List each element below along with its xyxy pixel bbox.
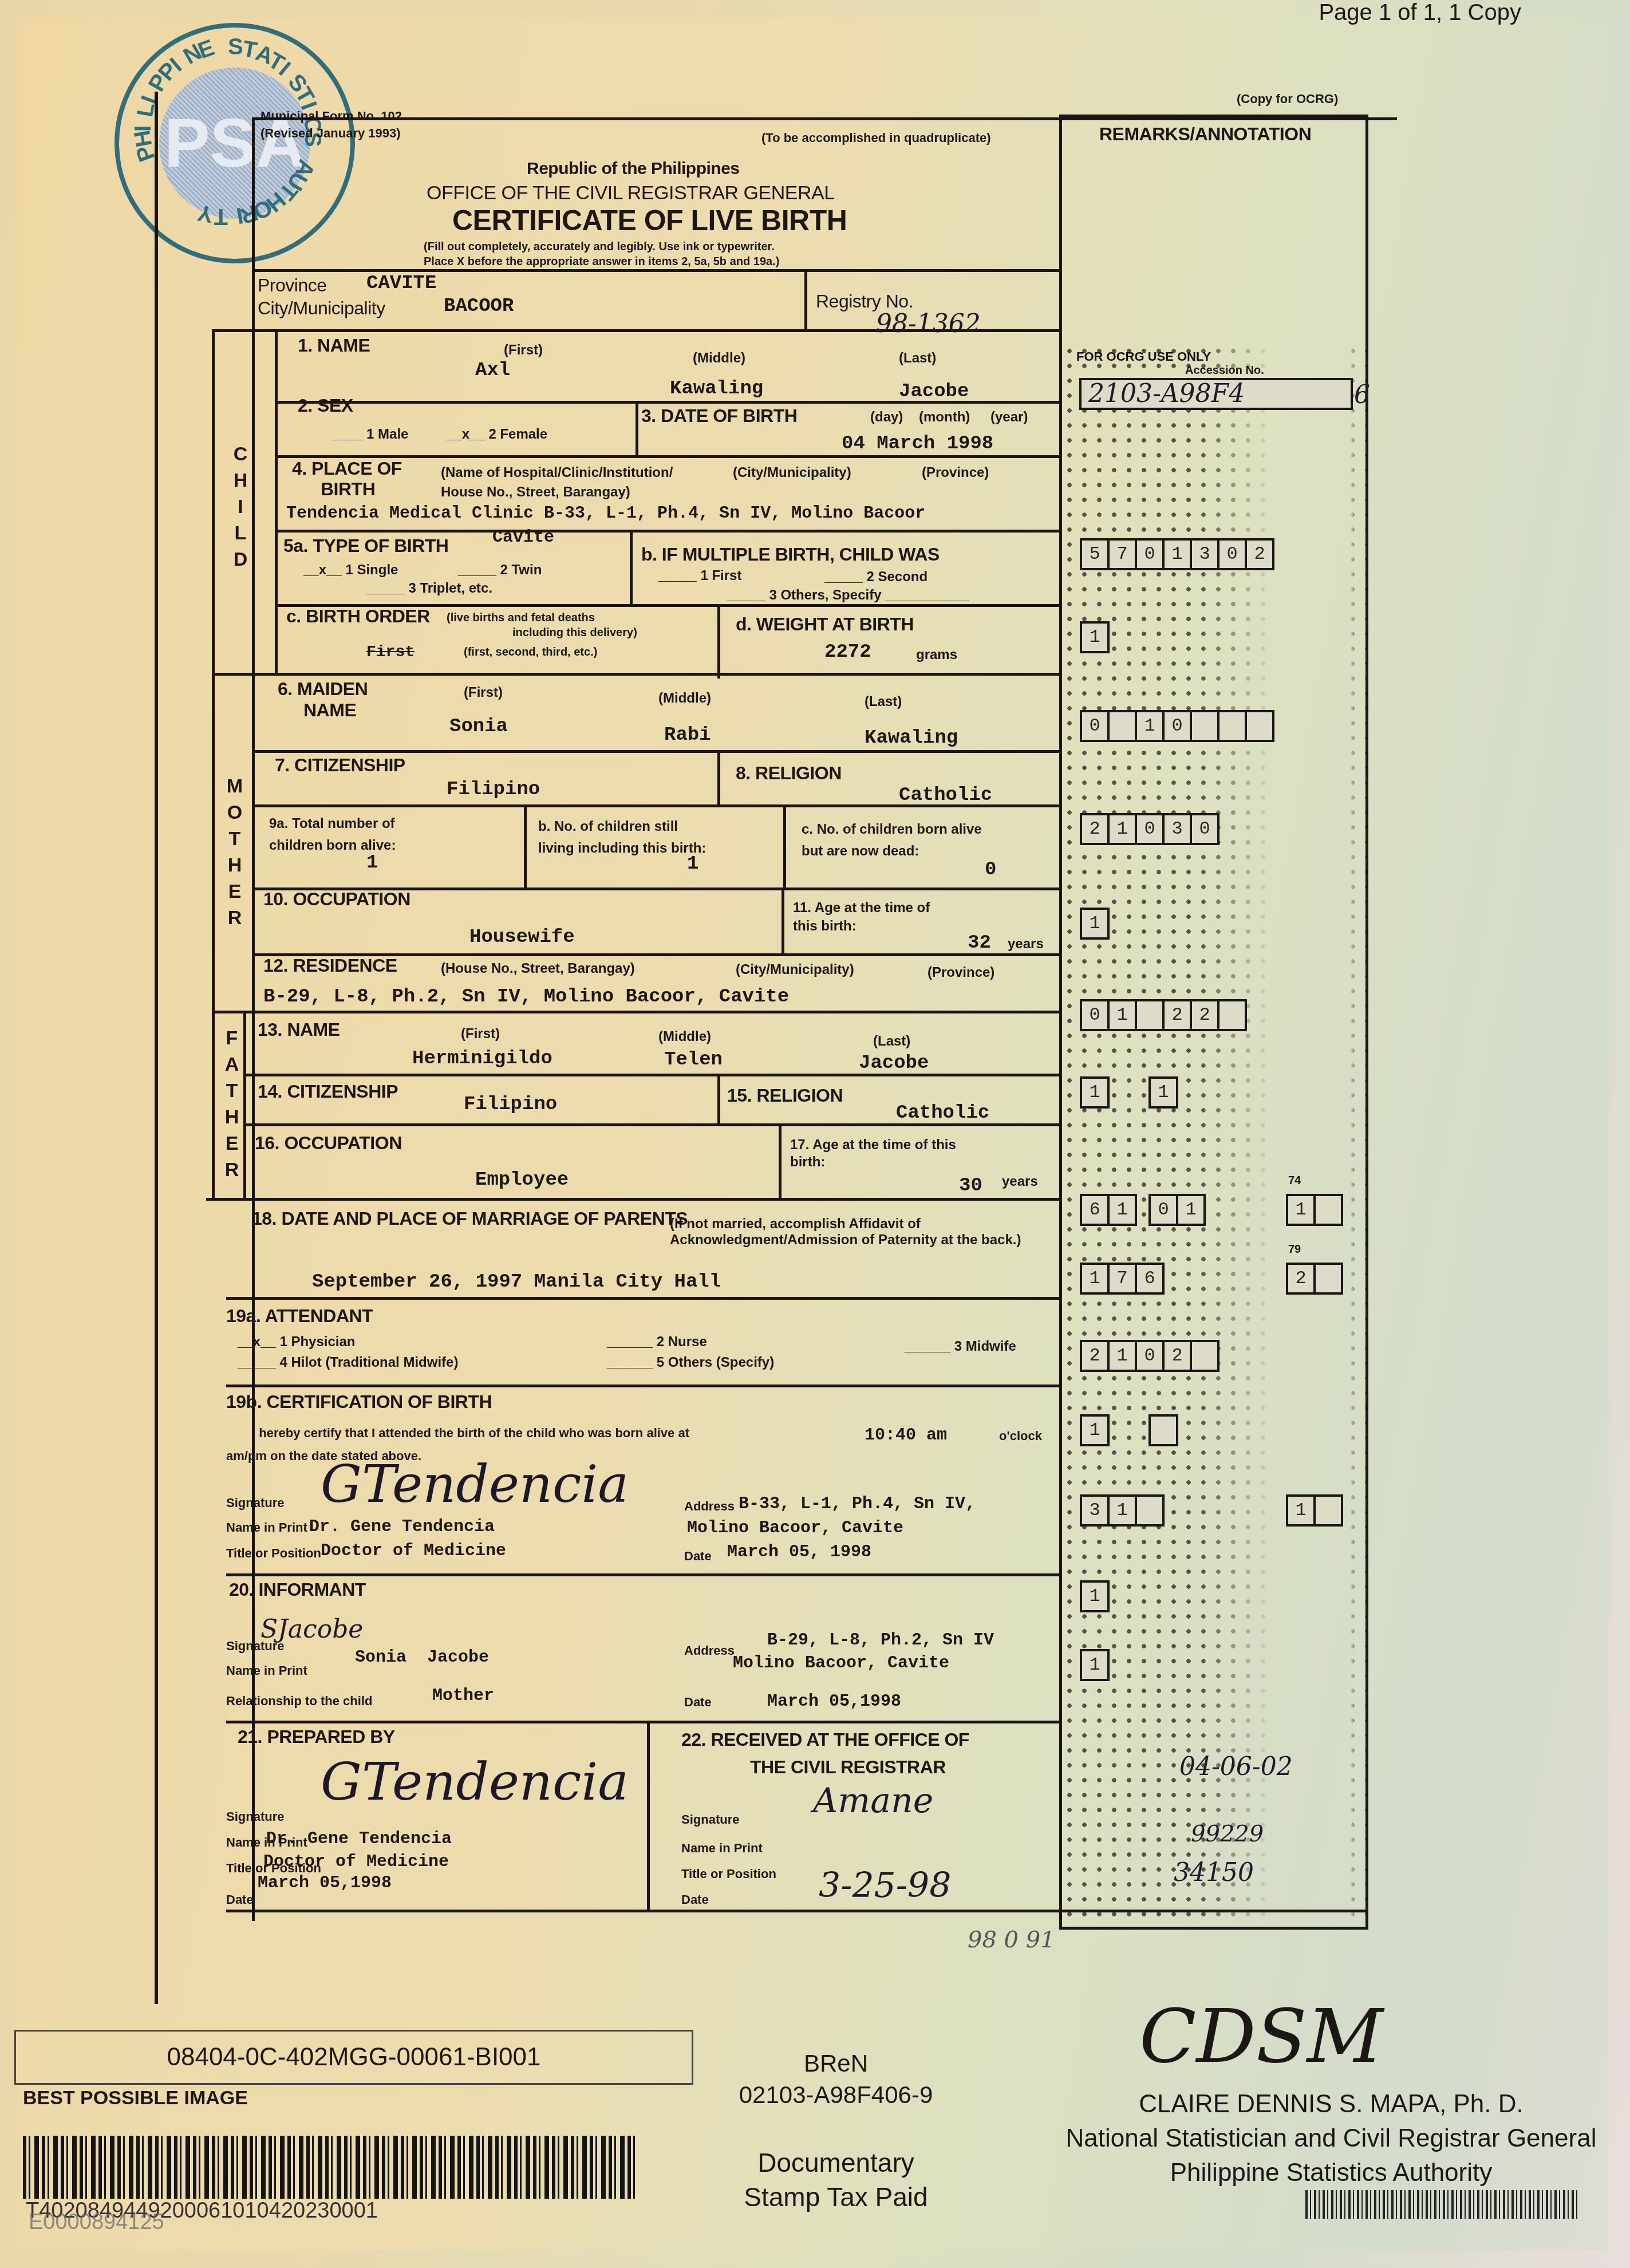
code-box[interactable]: 1 bbox=[1107, 813, 1137, 845]
rule bbox=[717, 750, 720, 807]
psa-seal: PSA PHILIPPINE STATISTICS AUTHORITY bbox=[115, 23, 355, 263]
code-box[interactable] bbox=[1245, 710, 1274, 742]
prepared-date[interactable]: March 05,1998 bbox=[258, 1873, 392, 1893]
cert-address-label: Address bbox=[684, 1499, 735, 1514]
section-letter: I bbox=[229, 494, 252, 520]
cert-signature-label: Signature bbox=[226, 1496, 284, 1510]
dob-value[interactable]: 04 March 1998 bbox=[842, 433, 993, 455]
prepared-by-label: 21. PREPARED BY bbox=[238, 1726, 395, 1748]
rule bbox=[275, 329, 278, 673]
code-box[interactable]: 1 bbox=[1162, 538, 1192, 570]
republic-label: Republic of the Philippines bbox=[527, 159, 740, 179]
rule bbox=[226, 1573, 1059, 1576]
rule bbox=[717, 1074, 720, 1125]
pob-province-value[interactable]: Cavite bbox=[492, 528, 554, 547]
copy-for-note: (Copy for OCRG) bbox=[1237, 92, 1338, 107]
received-date-label: Date bbox=[681, 1892, 709, 1907]
marriage-value[interactable]: September 26, 1997 Manila City Hall bbox=[312, 1271, 721, 1293]
type-single[interactable]: __x__ 1 Single bbox=[303, 562, 398, 578]
prepared-date-label: Date bbox=[226, 1892, 254, 1907]
section-letter: H bbox=[220, 1104, 243, 1130]
dob-month-hint: (month) bbox=[919, 409, 970, 425]
code-box[interactable]: 0 bbox=[1162, 710, 1192, 742]
informant-name-label: Name in Print bbox=[226, 1663, 307, 1678]
dob-day-hint: (day) bbox=[870, 409, 903, 425]
cert-title-label: Title or Position bbox=[226, 1546, 321, 1561]
code-box-group: 1 bbox=[1082, 1580, 1110, 1612]
remarks-label: REMARKS/ANNOTATION bbox=[1099, 124, 1311, 145]
mother-section-letters: MOTHER bbox=[223, 773, 246, 931]
dob-label: 3. DATE OF BIRTH bbox=[641, 405, 797, 427]
father-first-name[interactable]: Herminigildo bbox=[412, 1048, 552, 1070]
mother-occupation-label: 10. OCCUPATION bbox=[263, 889, 411, 910]
code-box[interactable]: 2 bbox=[1286, 1263, 1316, 1295]
form-bottom-rule bbox=[226, 1910, 1368, 1912]
cert-address-2[interactable]: Molino Bacoor, Cavite bbox=[687, 1518, 903, 1538]
code-box-group: 1 bbox=[1082, 908, 1110, 940]
birth-order-hint-1: (live births and fetal deaths bbox=[447, 612, 595, 625]
mother-middle-name[interactable]: Rabi bbox=[664, 724, 711, 746]
code-box[interactable]: 1 bbox=[1080, 1263, 1110, 1295]
multiple-first[interactable]: _____ 1 First bbox=[658, 568, 741, 584]
ocrg-note-3: 34150 bbox=[1174, 1858, 1254, 1887]
cert-date[interactable]: March 05, 1998 bbox=[727, 1543, 871, 1562]
code-box[interactable]: 2 bbox=[1080, 1340, 1110, 1372]
pob-label-2: BIRTH bbox=[321, 479, 375, 500]
child-name-label: 1. NAME bbox=[298, 335, 370, 356]
residence-hint: (House No., Street, Barangay) bbox=[441, 961, 635, 977]
code-box-group: 1 bbox=[1082, 1649, 1110, 1681]
rule bbox=[212, 329, 215, 1200]
informant-label: 20. INFORMANT bbox=[229, 1579, 366, 1600]
cert-title[interactable]: Doctor of Medicine bbox=[321, 1541, 506, 1561]
section-letter: T bbox=[220, 1078, 243, 1104]
code-box[interactable] bbox=[1135, 999, 1165, 1031]
informant-address-label: Address bbox=[684, 1643, 735, 1658]
weight-value[interactable]: 2272 bbox=[824, 641, 871, 663]
code-box[interactable]: 0 bbox=[1080, 710, 1110, 742]
accession-box[interactable]: 2103-A98F4 bbox=[1079, 378, 1353, 410]
rule bbox=[275, 530, 1059, 533]
rule bbox=[804, 269, 807, 329]
code-box[interactable]: 1 bbox=[1080, 621, 1110, 653]
section-letter: E bbox=[223, 878, 246, 905]
father-last-name[interactable]: Jacobe bbox=[859, 1052, 929, 1074]
pob-label: 4. PLACE OF bbox=[292, 458, 402, 479]
code-box-group: 2102 bbox=[1082, 1340, 1219, 1372]
cert-name[interactable]: Dr. Gene Tendencia bbox=[309, 1517, 495, 1537]
child-first-name[interactable]: Axl bbox=[475, 360, 510, 381]
rule bbox=[243, 1011, 246, 1200]
code-box[interactable]: 1 bbox=[1080, 1414, 1110, 1446]
dead-children-value[interactable]: 0 bbox=[985, 859, 996, 881]
mother-age[interactable]: 32 bbox=[968, 932, 991, 954]
sex-option-female[interactable]: __x__ 2 Female bbox=[447, 427, 547, 443]
section-letter: T bbox=[223, 826, 246, 852]
pob-city-hint: (City/Municipality) bbox=[733, 465, 851, 481]
informant-date-label: Date bbox=[684, 1695, 712, 1710]
received-signature-label: Signature bbox=[681, 1812, 739, 1827]
code-box[interactable]: 1 bbox=[1149, 1076, 1178, 1109]
birth-time[interactable]: 10:40 am bbox=[865, 1426, 947, 1445]
code-box[interactable] bbox=[1313, 1263, 1343, 1295]
rule bbox=[717, 604, 720, 679]
rule bbox=[243, 1123, 1059, 1126]
certificate-title: CERTIFICATE OF LIVE BIRTH bbox=[452, 204, 847, 237]
received-date[interactable]: 3-25-98 bbox=[819, 1865, 951, 1906]
ocrg-note-date: 04-06-02 bbox=[1179, 1752, 1293, 1781]
mother-citizenship-label: 7. CITIZENSHIP bbox=[275, 755, 405, 776]
mother-first-name[interactable]: Sonia bbox=[449, 716, 508, 737]
code-box[interactable]: 6 bbox=[1135, 1263, 1165, 1295]
office-label: OFFICE OF THE CIVIL REGISTRAR GENERAL bbox=[427, 182, 835, 204]
code-box[interactable]: 1 bbox=[1107, 999, 1137, 1031]
father-religion[interactable]: Catholic bbox=[896, 1102, 989, 1124]
code-box-group: 1 bbox=[1151, 1076, 1178, 1109]
code-box[interactable]: 6 bbox=[1080, 1194, 1110, 1226]
residence-value[interactable]: B-29, L-8, Ph.2, Sn IV, Molino Bacoor, C… bbox=[263, 986, 789, 1008]
sex-label: 2. SEX bbox=[298, 395, 353, 416]
code-box[interactable]: 3 bbox=[1080, 1494, 1110, 1527]
rule bbox=[636, 401, 638, 455]
province-label: Province bbox=[258, 275, 327, 296]
code-box[interactable]: 1 bbox=[1135, 710, 1165, 742]
rule bbox=[226, 1385, 1059, 1387]
type-twin[interactable]: _____ 2 Twin bbox=[458, 562, 542, 578]
father-age[interactable]: 30 bbox=[959, 1175, 982, 1197]
stamp-tax-line-2: Stamp Tax Paid bbox=[721, 2182, 950, 2212]
city-value[interactable]: BACOOR bbox=[444, 295, 514, 317]
rule bbox=[783, 804, 786, 888]
code-box[interactable] bbox=[1190, 1340, 1219, 1372]
maiden-name-label: 6. MAIDEN bbox=[278, 679, 368, 700]
code-box-group: 1 bbox=[1082, 1414, 1110, 1446]
barcode bbox=[23, 2136, 636, 2199]
instructions-line-2: Place X before the appropriate answer in… bbox=[424, 255, 779, 269]
registrar-name: CLAIRE DENNIS S. MAPA, Ph. D. bbox=[1031, 2090, 1630, 2119]
father-first-hint: (First) bbox=[461, 1026, 500, 1042]
pob-hint: (Name of Hospital/Clinic/Institution/ bbox=[441, 465, 673, 481]
code-box[interactable]: 1 bbox=[1286, 1194, 1316, 1226]
section-letter: M bbox=[223, 773, 246, 799]
rule bbox=[252, 673, 255, 1011]
living-children-label: b. No. of children still living includin… bbox=[538, 816, 710, 859]
informant-address-1[interactable]: B-29, L-8, Ph.2, Sn IV bbox=[767, 1631, 994, 1650]
section-letter: H bbox=[229, 467, 252, 494]
multiple-others[interactable]: _____ 3 Others, Specify ___________ bbox=[727, 587, 969, 604]
father-age-label: 17. Age at the time of this birth: bbox=[790, 1137, 962, 1171]
image-quality-note: BEST POSSIBLE IMAGE bbox=[23, 2087, 248, 2109]
code-box[interactable]: 3 bbox=[1190, 538, 1219, 570]
code-box[interactable] bbox=[1217, 710, 1247, 742]
father-age-unit: years bbox=[1002, 1174, 1038, 1190]
birth-order-hint-2: including this delivery) bbox=[512, 626, 637, 640]
code-box-group: 1 bbox=[1288, 1494, 1343, 1527]
code-box-group: 61 bbox=[1082, 1194, 1137, 1226]
code-box[interactable]: 2 bbox=[1162, 999, 1192, 1031]
type-triplet[interactable]: _____ 3 Triplet, etc. bbox=[366, 581, 492, 597]
rule bbox=[252, 804, 1059, 807]
city-label: City/Municipality bbox=[258, 298, 385, 319]
bren-label: BReN bbox=[744, 2050, 928, 2077]
code-box[interactable]: 7 bbox=[1107, 538, 1137, 570]
code-box-group: 1 bbox=[1288, 1194, 1343, 1226]
attendant-others[interactable]: ______ 5 Others (Specify) bbox=[607, 1355, 774, 1371]
ocrg-use-label: FOR OCRG USE ONLY bbox=[1076, 349, 1211, 364]
maiden-name-label-2: NAME bbox=[303, 700, 356, 721]
form-number: Municipal Form No. 102 bbox=[261, 109, 402, 124]
father-section-letters: FATHER bbox=[220, 1025, 243, 1183]
rule bbox=[252, 269, 1059, 272]
section-letter: R bbox=[223, 905, 246, 931]
sex-option-male[interactable]: ____ 1 Male bbox=[332, 427, 408, 443]
code-box[interactable]: 2 bbox=[1190, 999, 1219, 1031]
child-last-name[interactable]: Jacobe bbox=[899, 381, 969, 403]
weight-label: d. WEIGHT AT BIRTH bbox=[736, 614, 914, 635]
mother-first-hint: (First) bbox=[464, 685, 503, 701]
code-box[interactable]: 0 bbox=[1149, 1194, 1178, 1226]
code-box[interactable]: 0 bbox=[1217, 538, 1247, 570]
mother-last-name[interactable]: Kawaling bbox=[865, 727, 958, 749]
birth-order-label: c. BIRTH ORDER bbox=[286, 606, 430, 627]
pob-province-hint: (Province) bbox=[922, 465, 989, 481]
received-name-label: Name in Print bbox=[681, 1841, 763, 1856]
code-box[interactable] bbox=[1135, 1494, 1165, 1527]
code-box[interactable]: 3 bbox=[1162, 813, 1192, 845]
code-box-group: 1 bbox=[1082, 621, 1110, 653]
relationship-label: Relationship to the child bbox=[226, 1694, 372, 1709]
attendant-physician[interactable]: __x__ 1 Physician bbox=[238, 1334, 355, 1350]
code-box-group: 31 bbox=[1082, 1494, 1165, 1527]
weight-unit: grams bbox=[916, 647, 957, 663]
last-hint: (Last) bbox=[899, 350, 936, 366]
code-box[interactable]: 7 bbox=[1107, 1263, 1137, 1295]
code-box[interactable] bbox=[1190, 710, 1219, 742]
code-box[interactable]: 1 bbox=[1107, 1494, 1137, 1527]
section-letter: H bbox=[223, 852, 246, 878]
ocrg-note-2: 99229 bbox=[1191, 1821, 1264, 1847]
quadruplicate-note: (To be accomplished in quadruplicate) bbox=[761, 131, 991, 145]
rule bbox=[243, 1074, 1059, 1076]
code-box[interactable]: 0 bbox=[1080, 999, 1110, 1031]
code-box[interactable]: 0 bbox=[1135, 813, 1165, 845]
prepared-signature: GTendencia bbox=[321, 1752, 629, 1812]
code-box[interactable] bbox=[1107, 710, 1137, 742]
father-middle-hint: (Middle) bbox=[658, 1029, 711, 1045]
total-children-label: 9a. Total number of children born alive: bbox=[269, 813, 429, 857]
type-of-birth-label: 5a. TYPE OF BIRTH bbox=[283, 535, 448, 557]
rule bbox=[630, 530, 633, 604]
relationship-value[interactable]: Mother bbox=[432, 1686, 494, 1706]
code-box[interactable]: 2 bbox=[1162, 1340, 1192, 1372]
code-box[interactable]: 1 bbox=[1107, 1194, 1137, 1226]
pob-value[interactable]: Tendencia Medical Clinic B-33, L-1, Ph.4… bbox=[286, 504, 925, 523]
rule bbox=[212, 1011, 1059, 1013]
section-letter: E bbox=[220, 1130, 243, 1157]
code-box[interactable] bbox=[1149, 1414, 1178, 1446]
mother-religion-label: 8. RELIGION bbox=[736, 763, 842, 784]
ocrg-code-pattern bbox=[1062, 344, 1365, 1924]
code-box-group: 0122 bbox=[1082, 999, 1247, 1031]
code-box[interactable]: 1 bbox=[1176, 1194, 1206, 1226]
rule bbox=[252, 750, 1059, 753]
code-box[interactable]: 0 bbox=[1135, 1340, 1165, 1372]
father-religion-label: 15. RELIGION bbox=[727, 1085, 843, 1106]
received-label: 22. RECEIVED AT THE OFFICE OF bbox=[681, 1729, 969, 1750]
document-reference: 08404-0C-402MGG-00061-BI001 bbox=[167, 2043, 540, 2072]
residence-city-hint: (City/Municipality) bbox=[736, 962, 854, 978]
dob-year-hint: (year) bbox=[990, 409, 1028, 425]
code-box[interactable]: 2 bbox=[1080, 813, 1110, 845]
father-occupation[interactable]: Employee bbox=[475, 1169, 569, 1191]
residence-label: 12. RESIDENCE bbox=[263, 955, 397, 976]
code-row-label: 74 bbox=[1288, 1174, 1301, 1188]
code-box[interactable]: 1 bbox=[1286, 1494, 1316, 1527]
informant-name[interactable]: Sonia Jacobe bbox=[355, 1648, 489, 1667]
instructions-line-1: (Fill out completely, accurately and leg… bbox=[424, 240, 775, 254]
code-box-group: 2 bbox=[1288, 1263, 1343, 1295]
accession-value: 2103-A98F4 bbox=[1082, 379, 1245, 408]
first-hint: (First) bbox=[504, 342, 543, 358]
multiple-birth-label: b. IF MULTIPLE BIRTH, CHILD WAS bbox=[641, 544, 940, 565]
section-letter: C bbox=[229, 441, 252, 467]
code-box[interactable]: 1 bbox=[1080, 1649, 1110, 1681]
pob-hint-2: House No., Street, Barangay) bbox=[441, 484, 630, 500]
informant-address-2[interactable]: Molino Bacoor, Cavite bbox=[733, 1654, 949, 1673]
informant-signature: SJacobe bbox=[261, 1615, 363, 1644]
accession-label: Accession No. bbox=[1185, 364, 1264, 377]
seal-letter: T bbox=[213, 203, 228, 229]
province-value[interactable]: CAVITE bbox=[366, 273, 436, 294]
birth-order-hint-3: (first, second, third, etc.) bbox=[464, 646, 597, 659]
child-section-letters: CHILD bbox=[229, 441, 252, 573]
rule bbox=[226, 1297, 1059, 1300]
marriage-hint: (If not married, accomplish Affidavit of… bbox=[670, 1216, 1036, 1248]
multiple-second[interactable]: _____ 2 Second bbox=[824, 569, 928, 585]
rule bbox=[524, 804, 527, 888]
mother-middle-hint: (Middle) bbox=[658, 691, 711, 707]
form-margin-line bbox=[155, 92, 158, 2004]
document-reference-box: 08404-0C-402MGG-00061-BI001 bbox=[14, 2030, 693, 2085]
prepared-signature-label: Signature bbox=[226, 1809, 284, 1824]
code-box[interactable]: 1 bbox=[1080, 1580, 1110, 1612]
seal-letter: I bbox=[131, 124, 156, 132]
code-box[interactable] bbox=[1313, 1494, 1343, 1527]
mother-age-unit: years bbox=[1008, 936, 1044, 952]
received-signature: Amane bbox=[813, 1781, 933, 1821]
attendant-midwife[interactable]: ______ 3 Midwife bbox=[905, 1339, 1016, 1355]
registrar-signature: CDSM bbox=[1139, 1993, 1383, 2080]
code-row-label: 79 bbox=[1288, 1243, 1301, 1256]
mother-religion[interactable]: Catholic bbox=[899, 784, 992, 806]
rule bbox=[779, 1123, 782, 1200]
code-box-group: 010 bbox=[1082, 710, 1274, 742]
residence-province-hint: (Province) bbox=[928, 965, 994, 981]
cert-signature: GTendencia bbox=[321, 1454, 629, 1514]
form-revision: (Revised January 1993) bbox=[261, 126, 401, 141]
rule bbox=[226, 1721, 1059, 1723]
rule bbox=[275, 401, 1059, 404]
stamp-tax-line-1: Documentary bbox=[721, 2147, 950, 2178]
prepared-name[interactable]: Dr. Gene Tendencia bbox=[266, 1829, 452, 1849]
code-box[interactable] bbox=[1313, 1194, 1343, 1226]
code-box[interactable]: 0 bbox=[1190, 813, 1219, 845]
section-letter: L bbox=[229, 520, 252, 546]
attendant-hilot[interactable]: _____ 4 Hilot (Traditional Midwife) bbox=[238, 1355, 458, 1371]
rule bbox=[647, 1721, 650, 1910]
section-letter: D bbox=[229, 546, 252, 573]
father-occupation-label: 16. OCCUPATION bbox=[255, 1133, 402, 1154]
mother-age-label: 11. Age at the time of this birth: bbox=[793, 899, 953, 936]
code-box[interactable]: 2 bbox=[1245, 538, 1274, 570]
informant-date[interactable]: March 05,1998 bbox=[767, 1692, 901, 1711]
attendant-nurse[interactable]: ______ 2 Nurse bbox=[607, 1334, 707, 1350]
received-title-label: Title or Position bbox=[681, 1867, 776, 1882]
rule bbox=[212, 673, 1059, 676]
mother-last-hint: (Last) bbox=[865, 694, 902, 710]
code-box[interactable]: 1 bbox=[1080, 908, 1110, 940]
certification-statement: I hereby certify that I attended the bir… bbox=[252, 1426, 689, 1441]
prepared-title[interactable]: Doctor of Medicine bbox=[263, 1852, 449, 1872]
oclock-label: o'clock bbox=[999, 1429, 1042, 1443]
code-box[interactable]: 5 bbox=[1080, 538, 1110, 570]
section-letter: R bbox=[220, 1157, 243, 1183]
seal-ring-text: PHILIPPINE STATISTICS AUTHORITY bbox=[119, 27, 350, 259]
code-box-group: 5701302 bbox=[1082, 538, 1274, 570]
birth-order-value[interactable]: First bbox=[366, 644, 415, 661]
rule bbox=[782, 888, 784, 955]
code-box-group: 21030 bbox=[1082, 813, 1219, 845]
father-last-hint: (Last) bbox=[873, 1034, 910, 1050]
cert-name-label: Name in Print bbox=[226, 1520, 307, 1535]
registrar-title: National Statistician and Civil Registra… bbox=[1031, 2124, 1630, 2153]
bren-value: 02103-A98F406-9 bbox=[721, 2081, 950, 2109]
father-name-label: 13. NAME bbox=[258, 1019, 340, 1040]
dead-children-label: c. No. of children born alive but are no… bbox=[802, 819, 996, 862]
attendant-label: 19a. ATTENDANT bbox=[226, 1305, 373, 1327]
middle-hint: (Middle) bbox=[693, 350, 745, 366]
code-box[interactable]: 1 bbox=[1080, 1076, 1110, 1109]
certification-label: 19b. CERTIFICATION OF BIRTH bbox=[226, 1391, 492, 1413]
living-children-value[interactable]: 1 bbox=[687, 853, 698, 875]
code-box-group: 01 bbox=[1151, 1194, 1206, 1226]
code-box[interactable]: 0 bbox=[1135, 538, 1165, 570]
section-letter: F bbox=[220, 1025, 243, 1051]
section-letter: A bbox=[220, 1051, 243, 1078]
barcode-overlay-number: E0000894125 bbox=[29, 2210, 164, 2235]
registrar-organization: Philippine Statistics Authority bbox=[1031, 2159, 1630, 2187]
child-middle-name[interactable]: Kawaling bbox=[670, 378, 763, 400]
registry-value[interactable]: 98-1362 bbox=[876, 309, 981, 338]
code-box[interactable]: 1 bbox=[1107, 1340, 1137, 1372]
mother-citizenship[interactable]: Filipino bbox=[447, 779, 540, 800]
cert-address-1[interactable]: B-33, L-1, Ph.4, Sn IV, bbox=[739, 1494, 976, 1514]
code-box-group: 1 bbox=[1082, 1076, 1110, 1109]
code-box-group bbox=[1151, 1414, 1178, 1446]
small-barcode bbox=[1305, 2190, 1580, 2219]
marriage-label: 18. DATE AND PLACE OF MARRIAGE OF PARENT… bbox=[252, 1208, 688, 1229]
code-box[interactable] bbox=[1217, 999, 1247, 1031]
cert-date-label: Date bbox=[684, 1549, 712, 1564]
total-children-value[interactable]: 1 bbox=[366, 852, 378, 874]
margin-handwriting: 98 0 91 bbox=[968, 1927, 1055, 1953]
mother-occupation[interactable]: Housewife bbox=[469, 926, 575, 948]
father-citizenship-label: 14. CITIZENSHIP bbox=[258, 1081, 398, 1102]
received-label-2: THE CIVIL REGISTRAR bbox=[750, 1757, 946, 1778]
father-citizenship[interactable]: Filipino bbox=[464, 1094, 557, 1115]
accession-tail: 6 bbox=[1354, 380, 1370, 409]
father-middle-name[interactable]: Telen bbox=[664, 1049, 723, 1071]
